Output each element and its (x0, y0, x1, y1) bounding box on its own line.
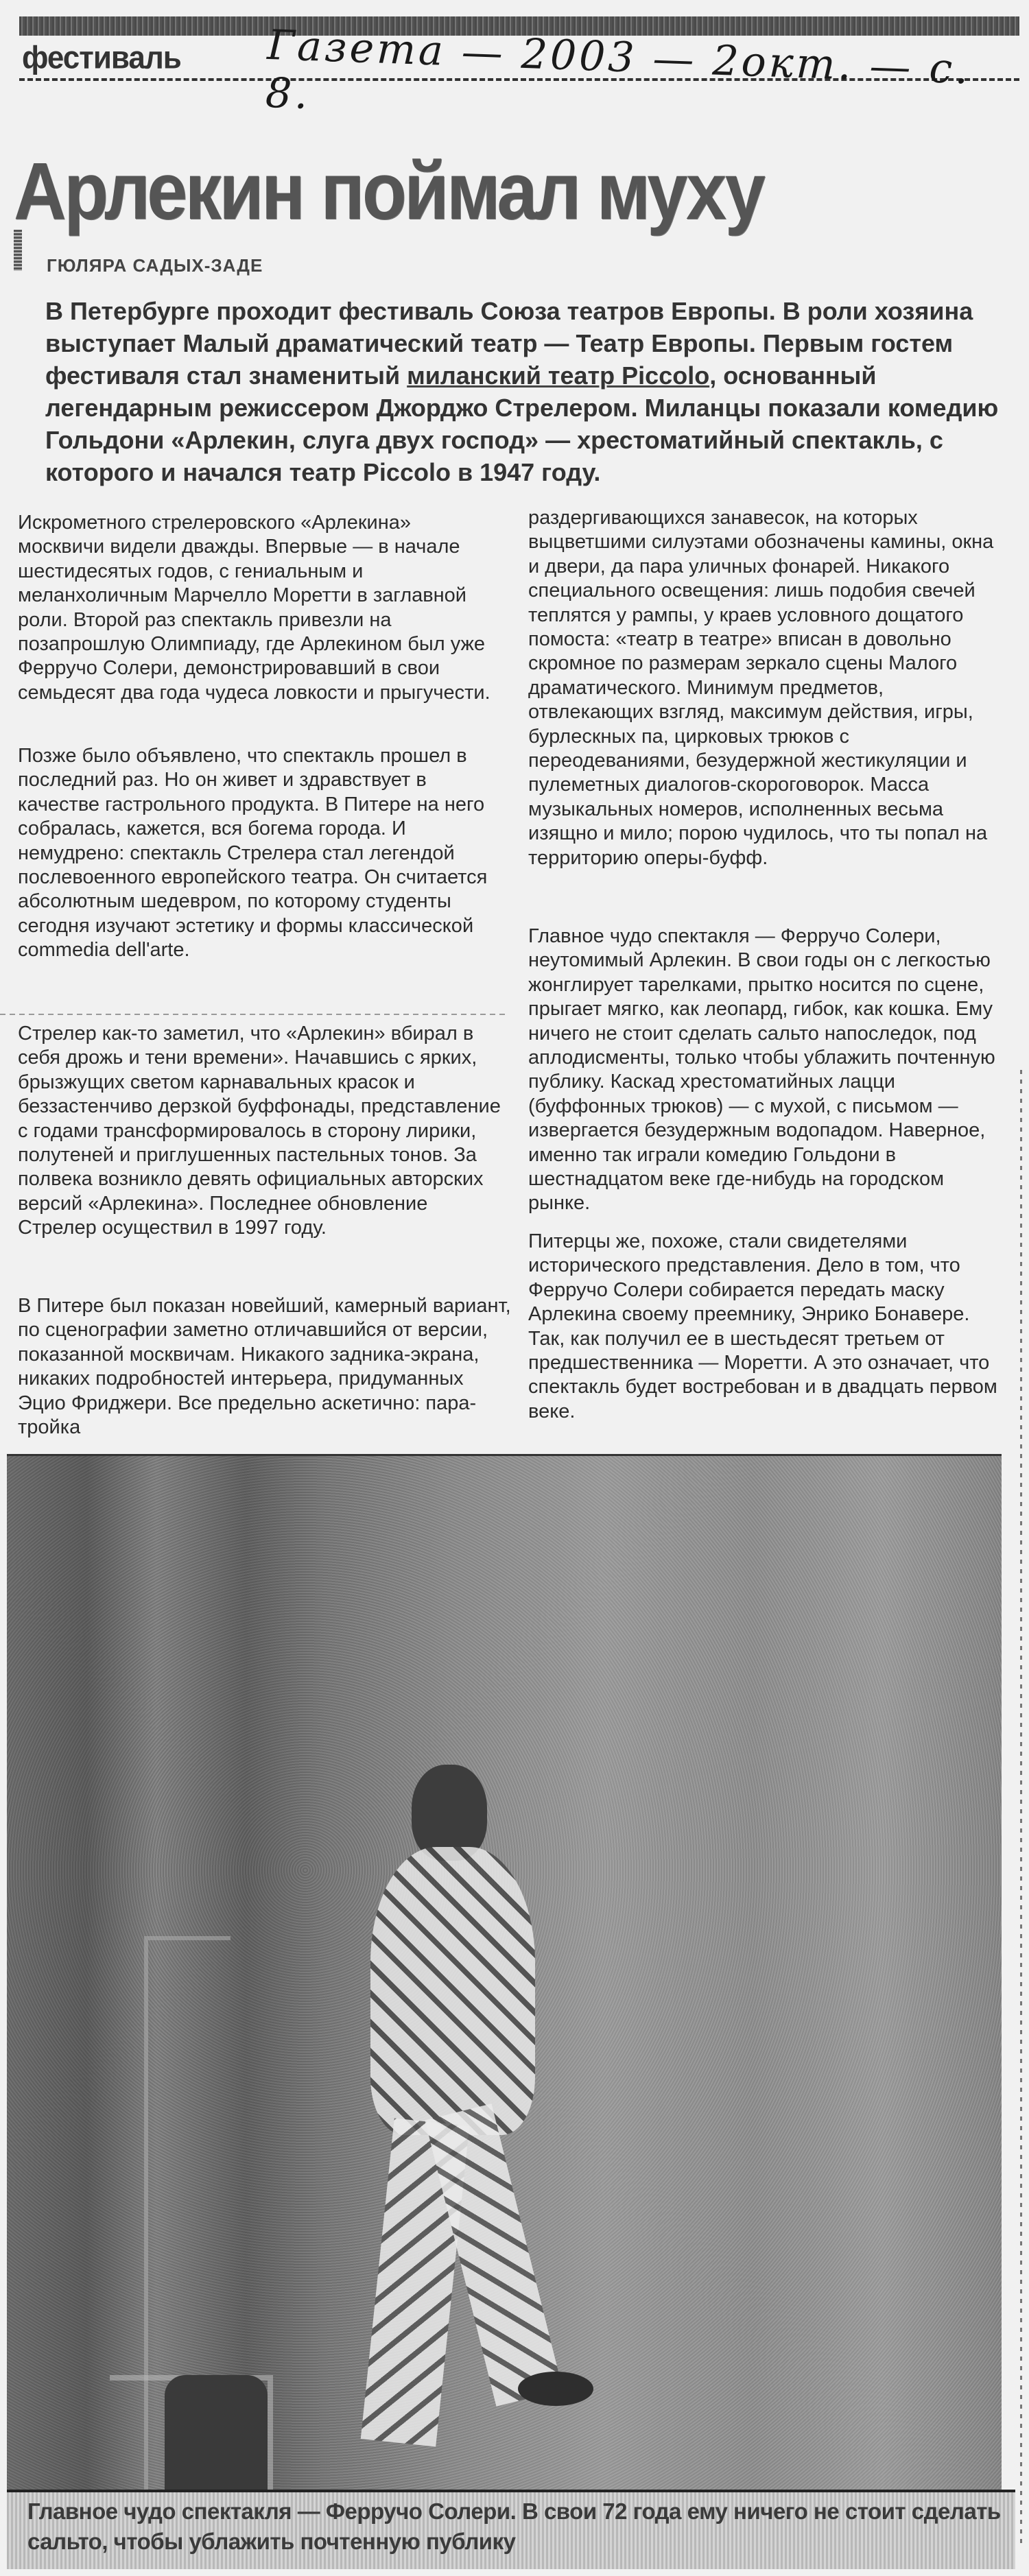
article-lead: В Петербурге проходит фестиваль Союза те… (45, 295, 1019, 488)
lead-underlined-text: миланский театр Piccolo (407, 361, 709, 390)
figure-shoe (518, 2372, 593, 2406)
author-byline: ГЮЛЯРА САДЫХ-ЗАДЕ (47, 255, 263, 276)
newspaper-clipping: фестиваль Газета — 2003 — 2окт. — с. 8. … (0, 0, 1029, 2576)
body-paragraph: Искрометного стрелеровского «Арлекина» м… (18, 511, 498, 705)
figure-mask-head (412, 1765, 487, 1861)
column-divider (0, 1014, 508, 1015)
photo-caption: Главное чудо спектакля — Ферручо Солери.… (27, 2496, 1008, 2557)
body-paragraph: В Питере был показан новейший, камерный … (18, 1294, 512, 1440)
body-paragraph: Позже было объявлено, что спектакль прош… (18, 744, 498, 963)
body-paragraph: Питерцы же, похоже, стали свидетелями ис… (528, 1230, 1002, 1424)
clipping-edge (1020, 1070, 1022, 2544)
author-marker-icon (14, 230, 22, 271)
handwritten-source-note: Газета — 2003 — 2окт. — с. 8. (265, 21, 1021, 143)
body-paragraph: раздергивающихся занавесок, на которых в… (528, 506, 1002, 870)
body-paragraph: Главное чудо спектакля — Ферручо Солери,… (528, 925, 1002, 1216)
article-headline: Арлекин поймал муху (14, 145, 763, 238)
section-rubric: фестиваль (22, 40, 181, 77)
article-photo (7, 1454, 1002, 2492)
harlequin-figure (322, 1751, 597, 2471)
stage-stool (165, 2375, 268, 2492)
rubric-row: фестиваль Газета — 2003 — 2окт. — с. 8. (19, 40, 1019, 81)
figure-costume-torso (370, 1847, 535, 2135)
body-paragraph: Стрелер как-то заметил, что «Арлекин» вб… (18, 1022, 512, 1241)
